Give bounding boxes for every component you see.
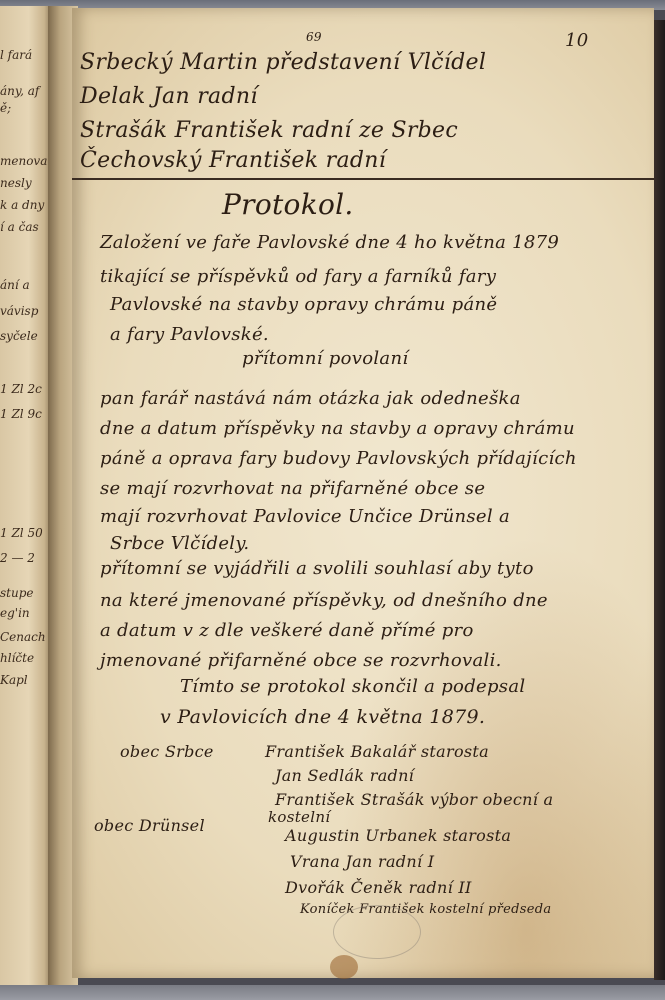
body-line: dne a datum příspěvky na stavby a opravy… [100, 418, 575, 439]
body-line: na které jmenované příspěvky, od dnešníh… [100, 590, 548, 611]
signature-name: Vrana Jan radní I [290, 852, 434, 871]
header-line: Strašák František radní ze Srbec [80, 118, 458, 143]
left-page-fragment: í a čas [0, 220, 52, 234]
left-page-fragment: 1 Zl 2c [0, 382, 52, 396]
left-page-fragment: Cenach [0, 630, 52, 644]
body-line: mají rozvrhovat Pavlovice Unčice Drünsel… [100, 506, 510, 527]
left-page-fragment: 1 Zl 50 [0, 526, 52, 540]
body-line: páně a oprava fary budovy Pavlovských př… [100, 448, 577, 469]
body-line: a datum v z dle veškeré daně přímé pro [100, 620, 474, 641]
signature-name: František Bakalář starosta [265, 742, 489, 761]
left-page-fragment: stupe [0, 586, 52, 600]
left-page-fragment: nesly [0, 176, 52, 190]
signature-name: kostelní [268, 808, 330, 826]
left-page-fragment: 2 — 2 [0, 551, 52, 565]
signature-name: Jan Sedlák radní [275, 766, 414, 785]
page-number: 69 [306, 30, 322, 44]
left-page-fragment: Kapl [0, 673, 52, 687]
left-page-fragment: vávisp [0, 304, 52, 318]
body-line: jmenované přifarněné obce se rozvrhovali… [100, 650, 502, 671]
body-line: Založení ve faře Pavlovské dne 4 ho květ… [100, 232, 559, 253]
left-page-fragment: k a dny [0, 198, 52, 212]
signature-municipality: obec Srbce [120, 742, 214, 761]
left-page-fragment: ání a [0, 278, 52, 292]
signature-name: Augustin Urbanek starosta [285, 826, 511, 845]
left-page-fragment: l fará [0, 48, 52, 62]
body-line: tikající se příspěvků od fary a farníků … [100, 266, 496, 287]
left-page-fragment: 1 Zl 9c [0, 407, 52, 421]
header-line: Delak Jan radní [80, 84, 258, 109]
body-line: Pavlovské na stavby opravy chrámu páně [110, 294, 497, 315]
ink-stain [330, 955, 358, 979]
left-page-fragment: ě; [0, 101, 52, 115]
left-page-fragment: syčele [0, 329, 52, 343]
signature-name: František Strašák výbor obecní a [275, 790, 553, 809]
left-page-fragment: menovaně [0, 154, 52, 168]
document-title: Protokol. [222, 188, 354, 221]
body-subheading: přítomní povolaní [242, 348, 408, 369]
left-page-fragment: ány, af [0, 84, 52, 98]
place-date-line: v Pavlovicích dne 4 května 1879. [160, 706, 485, 728]
left-facing-page: l fará ány, af ě; menovaně nesly k a dny… [0, 6, 52, 988]
section-divider [72, 178, 654, 180]
scan-background-bottom [0, 985, 665, 1000]
signature-name: Dvořák Čeněk radní II [285, 878, 472, 897]
header-line: Čechovský František radní [80, 148, 386, 173]
body-line: se mají rozvrhovat na přifarněné obce se [100, 478, 485, 499]
left-page-fragment: hlíčte [0, 651, 52, 665]
book-cover-edge [654, 20, 665, 980]
corner-mark: 10 [565, 30, 589, 51]
body-line: přítomní se vyjádřili a svolili souhlasí… [100, 558, 534, 579]
body-line: a fary Pavlovské. [110, 324, 269, 345]
body-line: pan farář nastává nám otázka jak odedneš… [100, 388, 521, 409]
left-page-fragment: eg'in [0, 606, 52, 620]
signature-name: Koníček František kostelní předseda [300, 902, 551, 917]
faded-stamp-mark [333, 905, 421, 959]
closing-line: Tímto se protokol skončil a podepsal [180, 676, 525, 697]
signature-municipality: obec Drünsel [94, 816, 205, 835]
header-line: Srbecký Martin představení Vlčídel [80, 50, 486, 75]
body-line: Srbce Vlčídely. [110, 533, 249, 554]
